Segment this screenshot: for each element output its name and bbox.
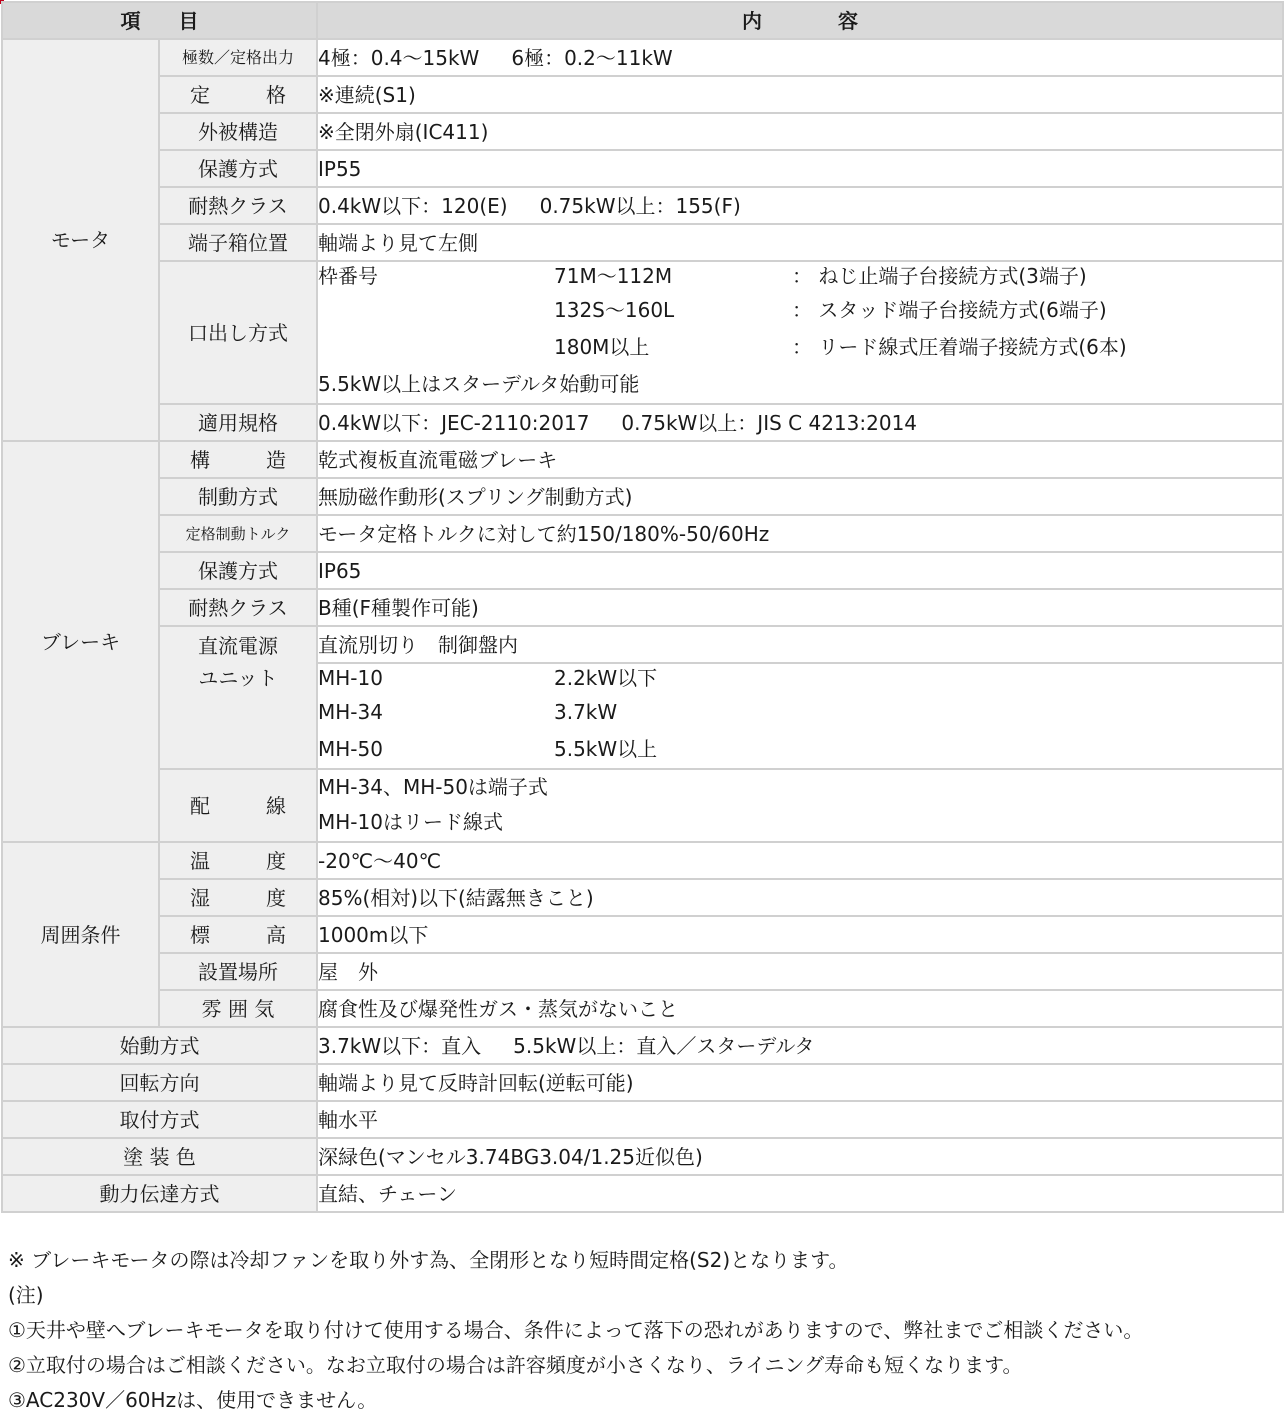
header-item: 項目 xyxy=(3,3,316,38)
table-row: 耐熱クラス 0.4kW以下：120(E)0.75kW以上：155(F) xyxy=(3,188,1282,223)
row-label: 端子箱位置 xyxy=(160,225,316,260)
row-value: ※全閉外扇(IC411) xyxy=(318,114,1282,149)
table-row: 制動方式 無励磁作動形(スプリング制動方式) xyxy=(3,479,1282,514)
table-row: 耐熱クラス B種(F種製作可能) xyxy=(3,590,1282,625)
row-value: 0.4kW以下：JEC-2110:20170.75kW以上：JIS C 4213… xyxy=(318,405,1282,440)
row-value: IP65 xyxy=(318,553,1282,588)
row-label: 構造 xyxy=(160,442,316,477)
row-label: 雰 囲 気 xyxy=(160,991,316,1026)
frame-row: 132S〜160L ： スタッド端子台接続方式(6端子) xyxy=(318,292,1282,329)
table-row: 標高 1000m以下 xyxy=(3,917,1282,952)
row-value: 軸端より見て左側 xyxy=(318,225,1282,260)
row-label: 塗 装 色 xyxy=(3,1139,316,1174)
table-row: 適用規格 0.4kW以下：JEC-2110:20170.75kW以上：JIS C… xyxy=(3,405,1282,440)
row-value: 屋 外 xyxy=(318,954,1282,989)
row-label: 適用規格 xyxy=(160,405,316,440)
row-label: 直流電源 ユニット xyxy=(160,627,316,768)
notes-heading: (注) xyxy=(8,1278,1278,1313)
table-row: 端子箱位置 軸端より見て左側 xyxy=(3,225,1282,260)
row-value: 無励磁作動形(スプリング制動方式) xyxy=(318,479,1282,514)
group-brake: ブレーキ xyxy=(3,442,158,841)
row-value: 軸水平 xyxy=(318,1102,1282,1137)
row-label: 配線 xyxy=(160,770,316,841)
row-label: 設置場所 xyxy=(160,954,316,989)
table-row-wiring: 配線 MH-34、MH-50は端子式 MH-10はリード線式 xyxy=(3,770,1282,841)
row-label: 極数／定格出力 xyxy=(160,40,316,75)
group-environment: 周囲条件 xyxy=(3,843,158,1026)
row-label: 定格制動トルク xyxy=(160,516,316,551)
spec-table: 項目 内容 モータ 極数／定格出力 4極：0.4〜15kW6極：0.2〜11kW… xyxy=(1,1,1284,1213)
row-label: 動力伝達方式 xyxy=(3,1176,316,1211)
row-label: 標高 xyxy=(160,917,316,952)
row-value: 4極：0.4〜15kW6極：0.2〜11kW xyxy=(318,40,1282,75)
table-row: モータ 極数／定格出力 4極：0.4〜15kW6極：0.2〜11kW xyxy=(3,40,1282,75)
row-label: 温度 xyxy=(160,843,316,878)
table-row: 始動方式 3.7kW以下：直入5.5kW以上：直入／スターデルタ xyxy=(3,1028,1282,1063)
asterisk-note: ※ ブレーキモータの際は冷却ファンを取り外す為、全閉形となり短時間定格(S2)と… xyxy=(8,1243,1278,1278)
row-value: モータ定格トルクに対して約150/180%-50/60Hz xyxy=(318,516,1282,551)
table-header-row: 項目 内容 xyxy=(3,3,1282,38)
header-content: 内容 xyxy=(318,3,1282,38)
dc-unit-list: MH-102.2kW以下 MH-343.7kW MH-505.5kW以上 xyxy=(318,664,1282,768)
dc-unit-item: MH-102.2kW以下 xyxy=(318,664,1282,694)
table-row: 塗 装 色 深緑色(マンセル3.74BG3.04/1.25近似色) xyxy=(3,1139,1282,1174)
row-value: B種(F種製作可能) xyxy=(318,590,1282,625)
row-value: 深緑色(マンセル3.74BG3.04/1.25近似色) xyxy=(318,1139,1282,1174)
row-value: 直流別切り 制御盤内 xyxy=(318,627,1282,662)
table-row: 雰 囲 気 腐食性及び爆発性ガス・蒸気がないこと xyxy=(3,991,1282,1026)
table-row-dc-unit: 直流電源 ユニット 直流別切り 制御盤内 xyxy=(3,627,1282,662)
table-row: 保護方式 IP65 xyxy=(3,553,1282,588)
frame-row: 枠番号 71M〜112M ： ねじ止端子台接続方式(3端子) xyxy=(318,262,1282,292)
row-value: IP55 xyxy=(318,151,1282,186)
row-label: 口出し方式 xyxy=(160,262,316,403)
table-row: 取付方式 軸水平 xyxy=(3,1102,1282,1137)
table-row: 動力伝達方式 直結、チェーン xyxy=(3,1176,1282,1211)
dc-unit-item: MH-505.5kW以上 xyxy=(318,731,1282,768)
row-value: 85%(相対)以下(結露無きこと) xyxy=(318,880,1282,915)
table-row: ブレーキ 構造 乾式複板直流電磁ブレーキ xyxy=(3,442,1282,477)
row-label: 保護方式 xyxy=(160,553,316,588)
row-value: 1000m以下 xyxy=(318,917,1282,952)
row-label: 制動方式 xyxy=(160,479,316,514)
star-delta-note: 5.5kW以上はスターデルタ始動可能 xyxy=(318,366,1282,403)
table-row: 保護方式 IP55 xyxy=(3,151,1282,186)
row-label: 外被構造 xyxy=(160,114,316,149)
row-label: 定格 xyxy=(160,77,316,112)
row-value: 3.7kW以下：直入5.5kW以上：直入／スターデルタ xyxy=(318,1028,1282,1063)
wiring-value: MH-34、MH-50は端子式 MH-10はリード線式 xyxy=(318,770,1282,841)
row-value: 腐食性及び爆発性ガス・蒸気がないこと xyxy=(318,991,1282,1026)
row-value: 軸端より見て反時計回転(逆転可能) xyxy=(318,1065,1282,1100)
note-item: ①天井や壁へブレーキモータを取り付けて使用する場合、条件によって落下の恐れがあり… xyxy=(8,1313,1278,1348)
group-motor: モータ xyxy=(3,40,158,440)
row-value: ※連続(S1) xyxy=(318,77,1282,112)
table-row-lead-out: 口出し方式 枠番号 71M〜112M ： ねじ止端子台接続方式(3端子) 132… xyxy=(3,262,1282,403)
row-value: 乾式複板直流電磁ブレーキ xyxy=(318,442,1282,477)
frame-row: 180M以上 ： リード線式圧着端子接続方式(6本) xyxy=(318,329,1282,366)
row-label: 始動方式 xyxy=(3,1028,316,1063)
row-value: -20℃〜40℃ xyxy=(318,843,1282,878)
table-row: 設置場所 屋 外 xyxy=(3,954,1282,989)
row-label: 湿度 xyxy=(160,880,316,915)
lead-out-value: 枠番号 71M〜112M ： ねじ止端子台接続方式(3端子) 132S〜160L… xyxy=(318,262,1282,403)
table-row: 湿度 85%(相対)以下(結露無きこと) xyxy=(3,880,1282,915)
table-row: 周囲条件 温度 -20℃〜40℃ xyxy=(3,843,1282,878)
table-row: 定格制動トルク モータ定格トルクに対して約150/180%-50/60Hz xyxy=(3,516,1282,551)
note-item: ②立取付の場合はご相談ください。なお立取付の場合は許容頻度が小さくなり、ライニン… xyxy=(8,1348,1278,1383)
table-row: 外被構造 ※全閉外扇(IC411) xyxy=(3,114,1282,149)
row-value: 直結、チェーン xyxy=(318,1176,1282,1211)
table-row: 定格 ※連続(S1) xyxy=(3,77,1282,112)
row-label: 耐熱クラス xyxy=(160,590,316,625)
row-label: 取付方式 xyxy=(3,1102,316,1137)
note-item: ③AC230V／60Hzは、使用できません。 xyxy=(8,1383,1278,1418)
row-label: 回転方向 xyxy=(3,1065,316,1100)
table-row: 回転方向 軸端より見て反時計回転(逆転可能) xyxy=(3,1065,1282,1100)
dc-unit-item: MH-343.7kW xyxy=(318,694,1282,731)
row-label: 耐熱クラス xyxy=(160,188,316,223)
notes-section: ※ ブレーキモータの際は冷却ファンを取り外す為、全閉形となり短時間定格(S2)と… xyxy=(8,1243,1278,1418)
row-label: 保護方式 xyxy=(160,151,316,186)
row-value: 0.4kW以下：120(E)0.75kW以上：155(F) xyxy=(318,188,1282,223)
